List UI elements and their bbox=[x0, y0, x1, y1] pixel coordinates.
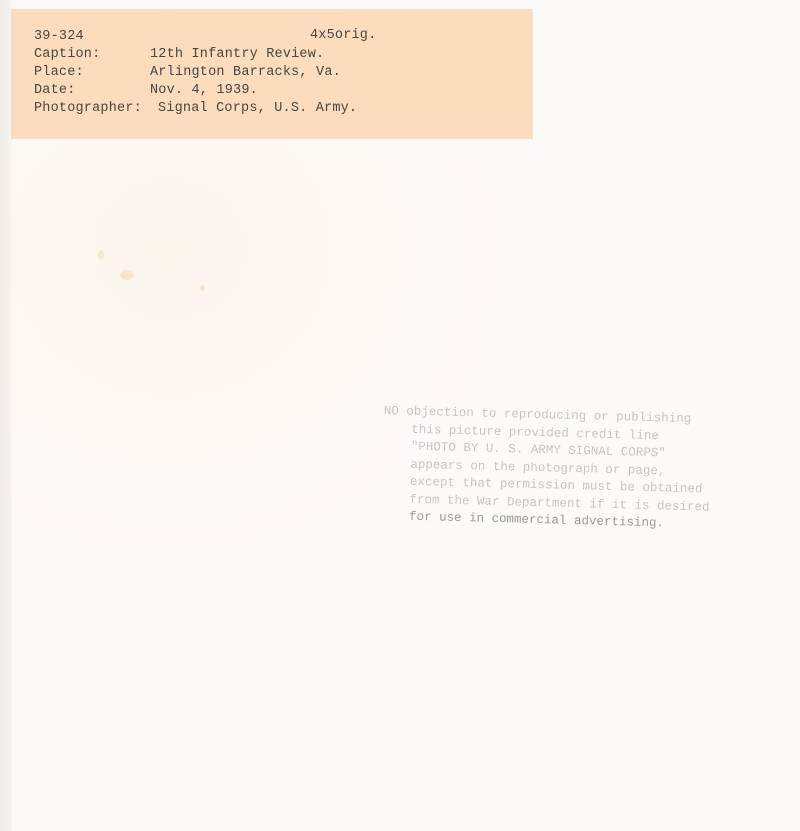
place-row: Place:Arlington Barracks, Va. bbox=[34, 65, 341, 80]
date-row: Date:Nov. 4, 1939. bbox=[34, 83, 258, 98]
place-value: Arlington Barracks, Va. bbox=[150, 65, 341, 80]
date-field-label: Date: bbox=[34, 83, 150, 98]
paper-stain bbox=[120, 270, 134, 280]
date-value: Nov. 4, 1939. bbox=[150, 83, 258, 98]
paper-stain bbox=[200, 285, 205, 291]
paper-stain bbox=[98, 250, 104, 260]
place-field-label: Place: bbox=[34, 65, 150, 80]
photographer-field-label: Photographer: bbox=[34, 101, 158, 116]
reproduction-notice-stamp: NO objection to reproducing or publishin… bbox=[381, 403, 764, 535]
caption-value: 12th Infantry Review. bbox=[150, 47, 324, 62]
format-note: 4x5orig. bbox=[310, 28, 376, 43]
photographer-value: Signal Corps, U.S. Army. bbox=[158, 101, 357, 116]
caption-field-label: Caption: bbox=[34, 47, 150, 62]
reference-number: 39-324 bbox=[34, 29, 84, 44]
page-edge bbox=[0, 0, 12, 831]
caption-label: 39-324 4x5orig. Caption:12th Infantry Re… bbox=[12, 10, 532, 138]
caption-row: Caption:12th Infantry Review. bbox=[34, 47, 324, 62]
photographer-row: Photographer:Signal Corps, U.S. Army. bbox=[34, 101, 357, 116]
